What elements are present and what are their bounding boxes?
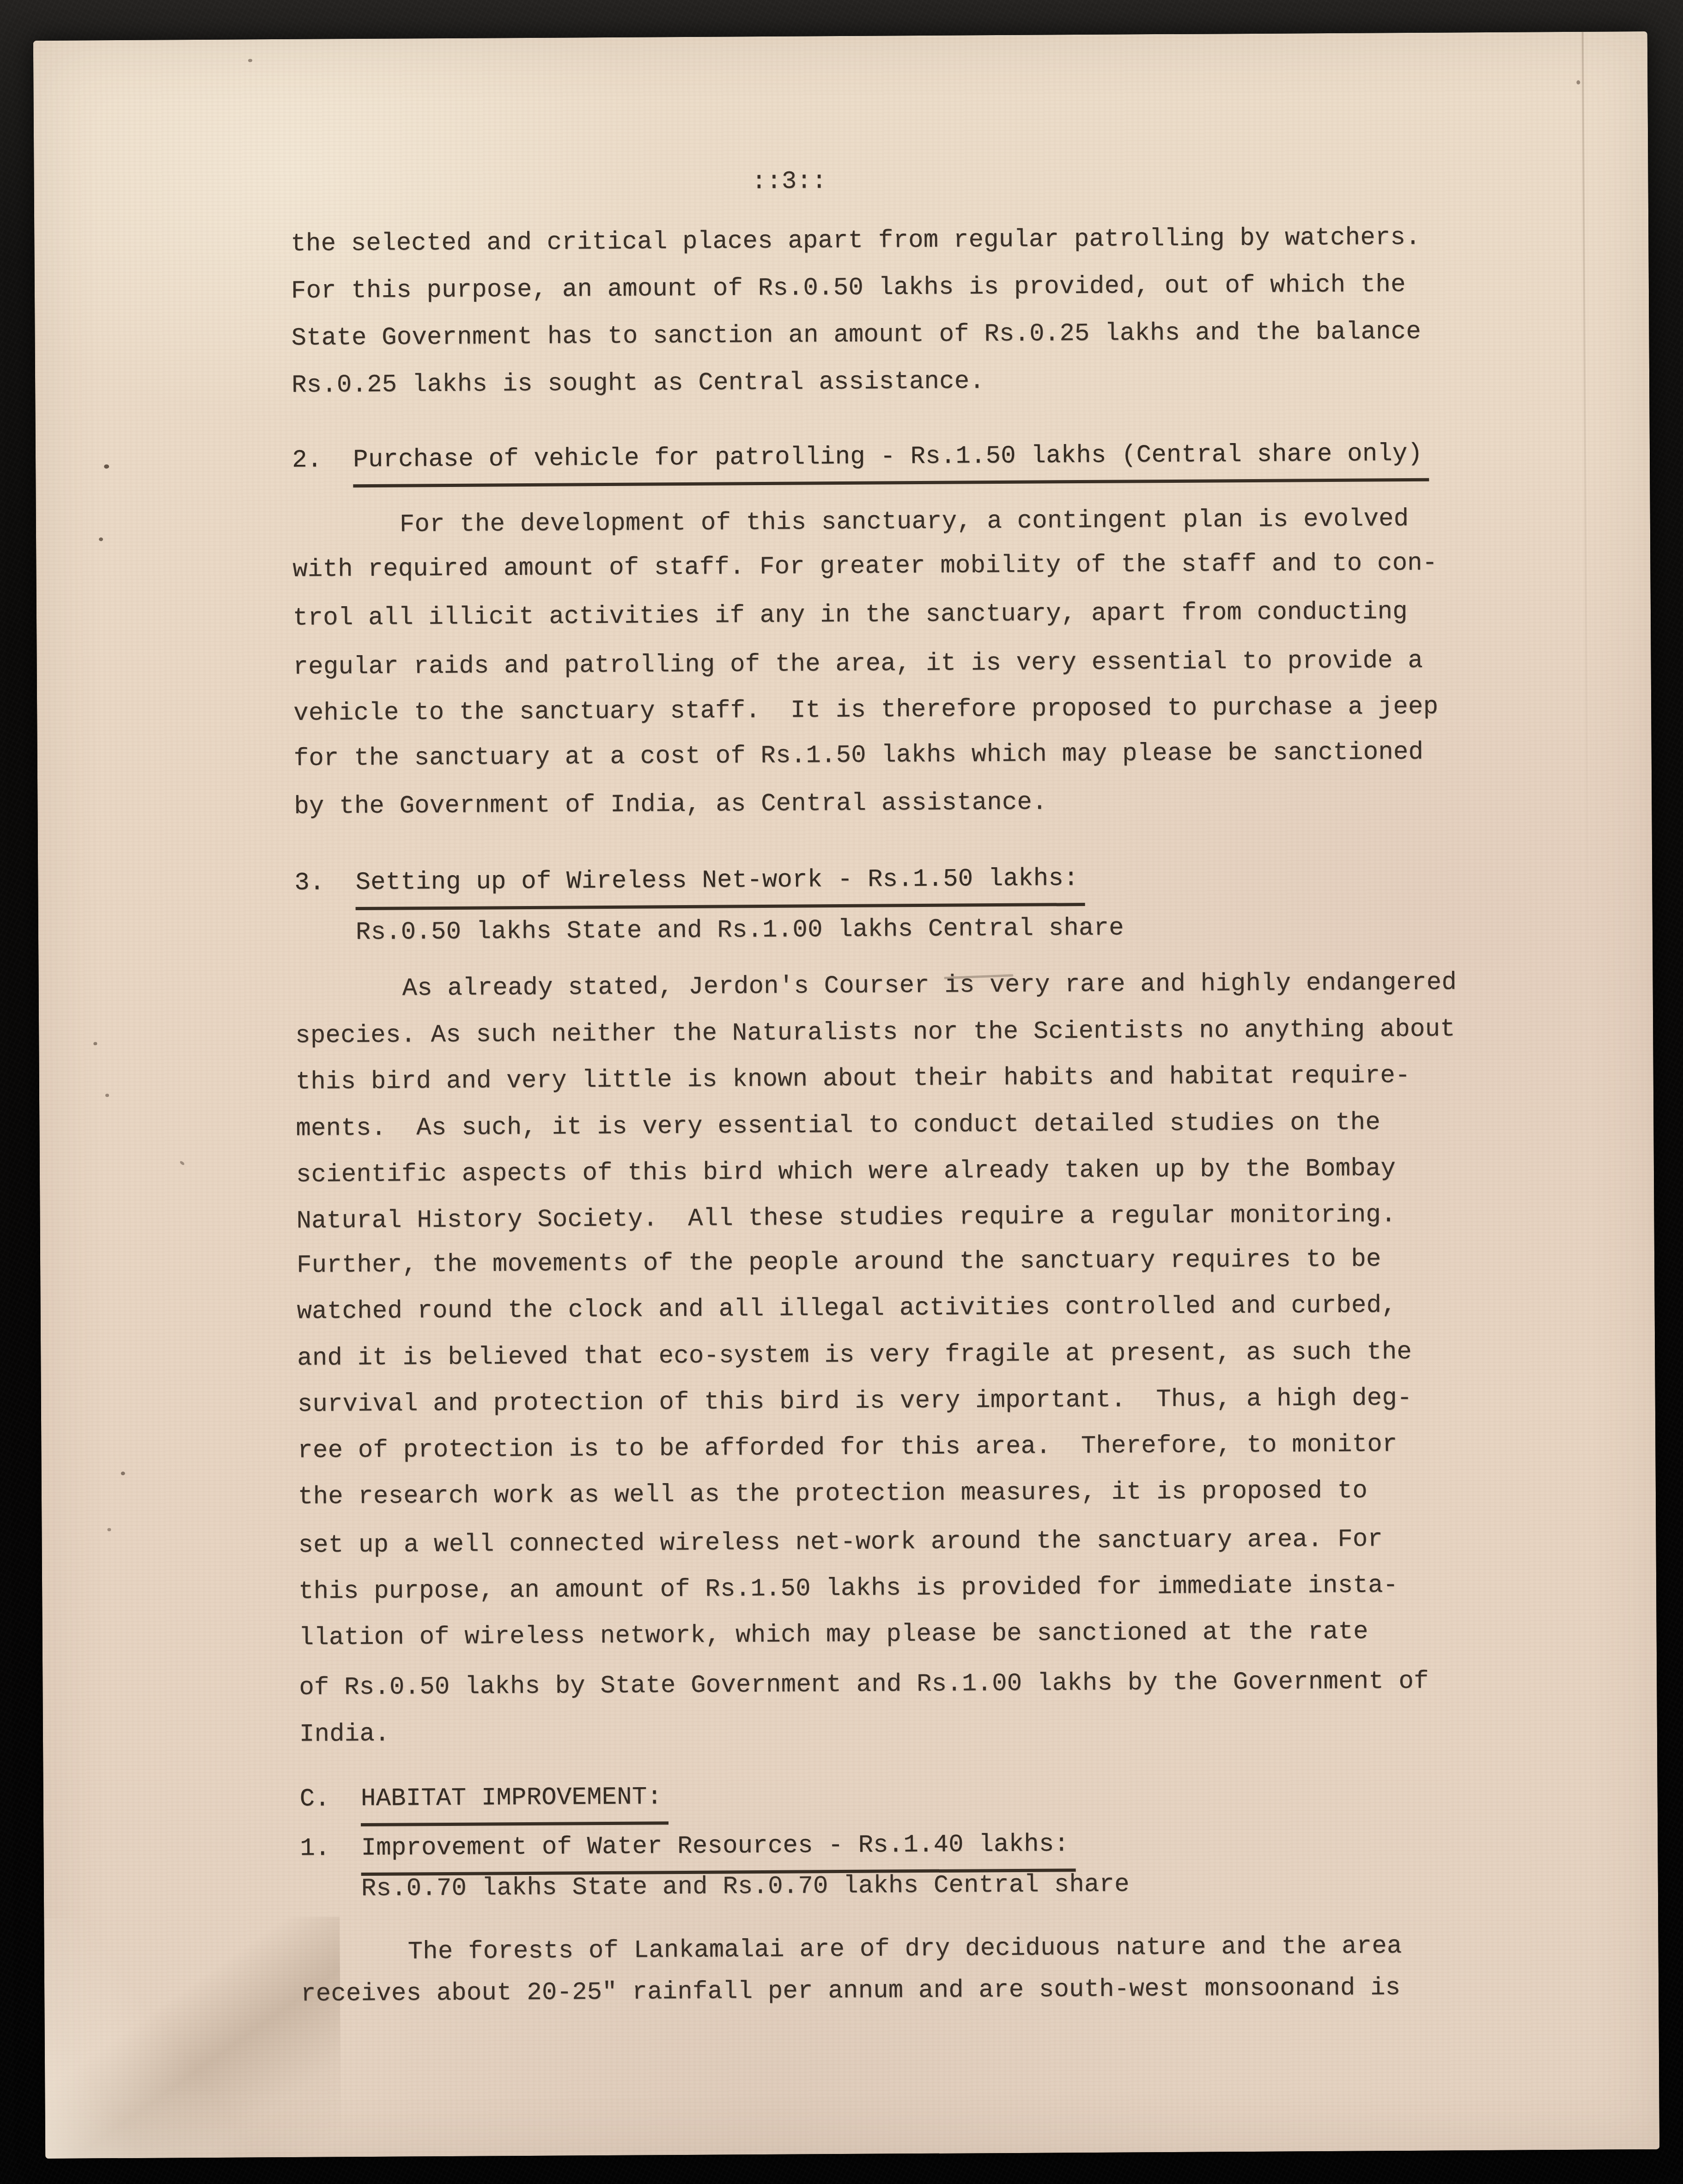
text-line: receives about 20-25" rainfall per annum…: [301, 1976, 1400, 2007]
section-2-number: 2.: [292, 446, 322, 475]
text-line: the research work as well as the protect…: [298, 1479, 1367, 1510]
page-number: ::3::: [751, 169, 826, 195]
text-line: llation of wireless network, which may p…: [299, 1620, 1368, 1651]
section-3-subheading: Rs.0.50 lakhs State and Rs.1.00 lakhs Ce…: [356, 916, 1124, 946]
text-line: this bird and very little is known about…: [296, 1064, 1410, 1095]
text-line: regular raids and patrolling of the area…: [293, 649, 1423, 680]
text-line: for the sanctuary at a cost of Rs.1.50 l…: [294, 740, 1424, 772]
text-line: For this purpose, an amount of Rs.0.50 l…: [291, 273, 1406, 304]
section-c-heading: C.HABITAT IMPROVEMENT:: [300, 1785, 669, 1812]
section-c1-subheading: Rs.0.70 lakhs State and Rs.0.70 lakhs Ce…: [361, 1872, 1130, 1902]
section-3-title: Setting up of Wireless Net-work - Rs.1.5…: [355, 864, 1085, 910]
text-line: As already stated, Jerdon's Courser is v…: [295, 970, 1457, 1002]
text-line: by the Government of India, as Central a…: [294, 790, 1047, 819]
section-3-heading: 3.Setting up of Wireless Net-work - Rs.1…: [294, 866, 1085, 896]
text-line: India.: [299, 1722, 390, 1747]
section-2-title: Purchase of vehicle for patrolling - Rs.…: [353, 440, 1429, 487]
text-line: this purpose, an amount of Rs.1.50 lakhs…: [298, 1573, 1398, 1605]
text-line: Further, the movements of the people aro…: [297, 1247, 1381, 1278]
text-line: scientific aspects of this bird which we…: [296, 1156, 1396, 1188]
text-line: Rs.0.25 lakhs is sought as Central assis…: [292, 369, 984, 398]
text-line: the selected and critical places apart f…: [291, 225, 1421, 257]
text-line: vehicle to the sanctuary staff. It is th…: [293, 695, 1438, 726]
text-line: The forests of Lankamalai are of dry dec…: [301, 1934, 1402, 1965]
section-3-number: 3.: [294, 869, 325, 897]
typewritten-text: ::3:: the selected and critical places a…: [33, 31, 1659, 2159]
text-line: species. As such neither the Naturalists…: [295, 1017, 1455, 1048]
text-line: survival and protection of this bird is …: [298, 1386, 1412, 1417]
scanned-page-background: { "document": { "page_number": "::3::", …: [0, 0, 1683, 2184]
section-2-heading: 2.Purchase of vehicle for patrolling - R…: [292, 442, 1429, 473]
section-c1-number: 1.: [300, 1834, 330, 1862]
text-line: For the development of this sanctuary, a…: [292, 507, 1409, 538]
text-line: trol all illicit activities if any in th…: [293, 600, 1408, 631]
document-page: ::3:: the selected and critical places a…: [33, 31, 1659, 2159]
text-line: Natural History Society. All these studi…: [296, 1203, 1396, 1234]
section-c1-title: Improvement of Water Resources - Rs.1.40…: [361, 1830, 1075, 1876]
text-line: set up a well connected wireless net-wor…: [298, 1527, 1383, 1558]
text-line: and it is believed that eco-system is ve…: [297, 1340, 1412, 1371]
text-line: of Rs.0.50 lakhs by State Government and…: [299, 1669, 1429, 1701]
text-line: watched round the clock and all illegal …: [297, 1293, 1397, 1325]
text-line: ments. As such, it is very essential to …: [296, 1110, 1380, 1142]
text-line: State Government has to sanction an amou…: [291, 320, 1421, 351]
text-line: with required amount of staff. For great…: [292, 551, 1437, 583]
section-c1-heading: 1.Improvement of Water Resources - Rs.1.…: [300, 1832, 1075, 1862]
section-c-title: HABITAT IMPROVEMENT:: [361, 1783, 669, 1826]
text-line: ree of protection is to be afforded for …: [298, 1432, 1397, 1464]
section-c-letter: C.: [300, 1785, 330, 1813]
